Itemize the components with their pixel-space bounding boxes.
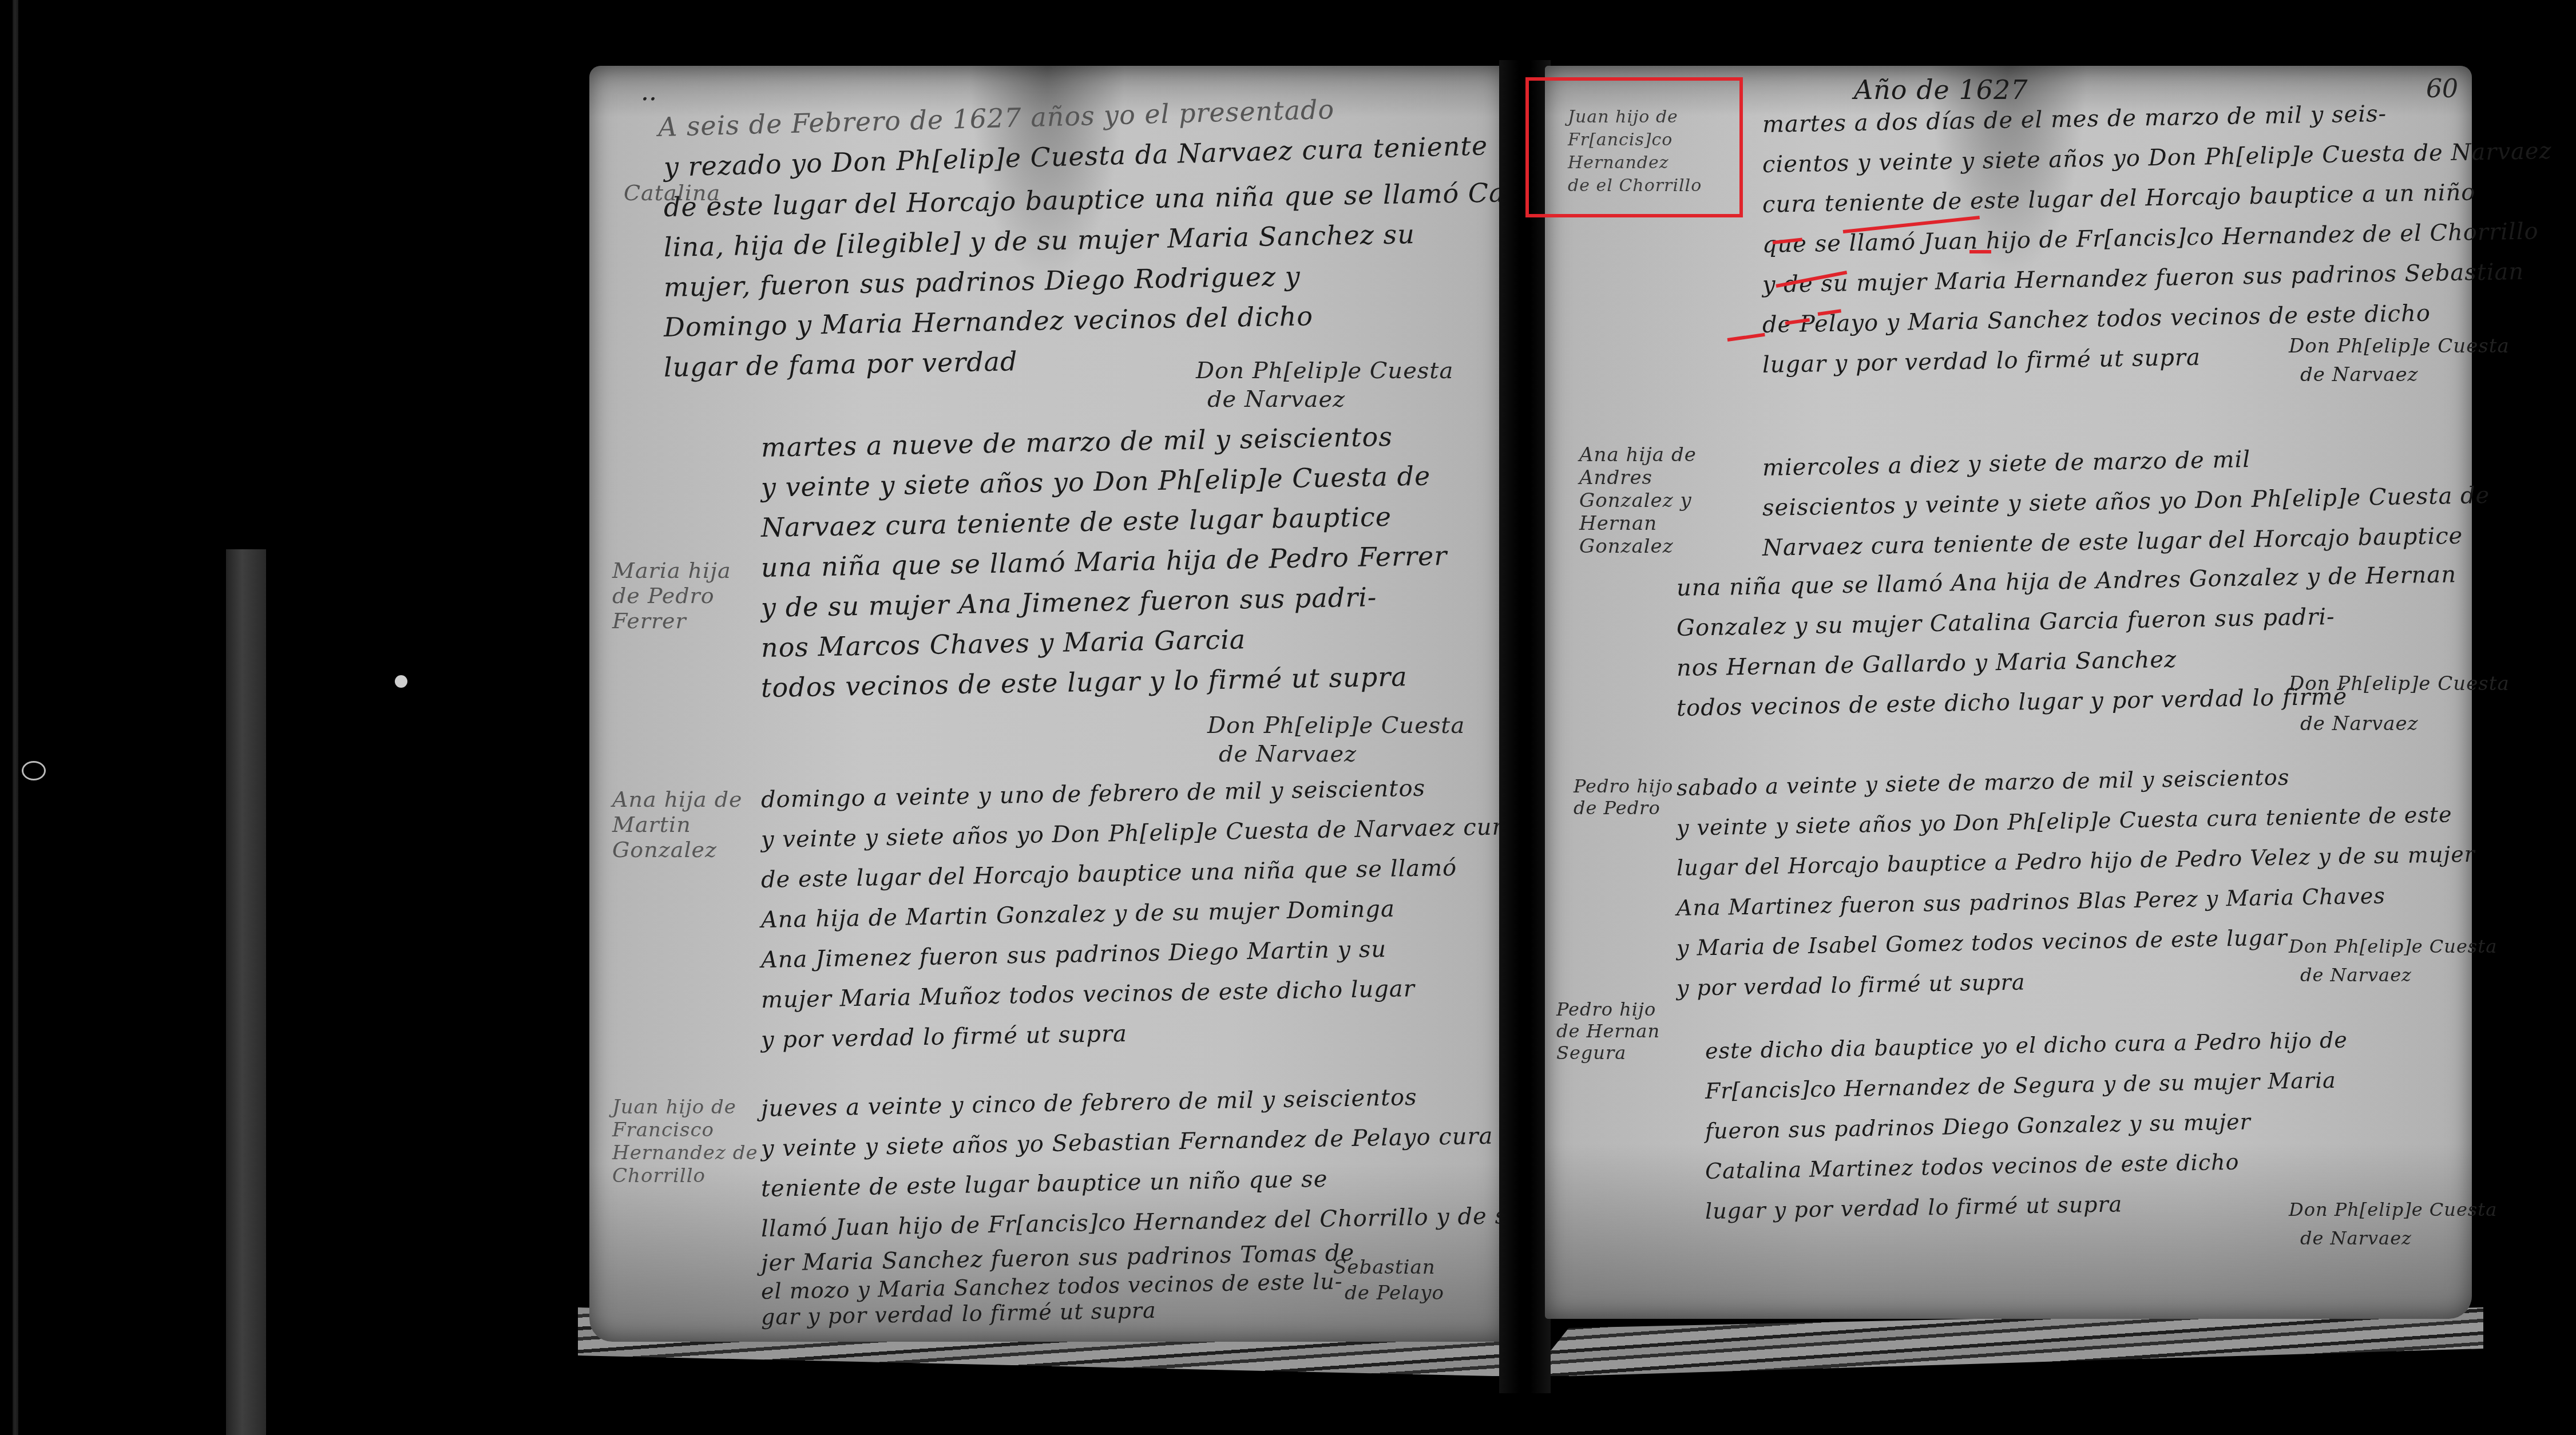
entry-line: Ana hija de Martin Gonzalez y de su muje… bbox=[761, 896, 1396, 933]
signature-line: de Narvaez bbox=[2300, 1227, 2412, 1249]
underline-godparent-1 bbox=[1969, 250, 1991, 253]
left-page: .. Catalina A seis de Febrero de 1627 añ… bbox=[589, 66, 1505, 1342]
entry-line: y veinte y siete años yo Don Ph[elip]e C… bbox=[761, 461, 1431, 503]
entry-line: Fr[ancis]co Hernandez de Segura y de su … bbox=[1705, 1068, 2337, 1104]
entry-line: que se llamó Juan hijo de Fr[ancis]co He… bbox=[1762, 218, 2539, 258]
entry-line: y veinte y siete años yo Sebastian Ferna… bbox=[761, 1123, 1493, 1162]
entry-line: A seis de Febrero de 1627 años yo el pre… bbox=[657, 94, 1334, 142]
entry-line: y Maria de Isabel Gomez todos vecinos de… bbox=[1677, 925, 2288, 961]
signature-line: de Narvaez bbox=[2300, 363, 2418, 386]
entry-line: nos Hernan de Gallardo y Maria Sanchez bbox=[1677, 647, 2177, 681]
entry-line: fueron sus padrinos Diego Gonzalez y su … bbox=[1705, 1109, 2251, 1144]
signature-line: Don Ph[elip]e Cuesta bbox=[1196, 358, 1453, 384]
entry-line: Domingo y Maria Hernandez vecinos del di… bbox=[664, 300, 1314, 343]
entry-line: lugar del Horcajo bauptice a Pedro hijo … bbox=[1677, 842, 2476, 881]
entry-line: mujer, fueron sus padrinos Diego Rodrigu… bbox=[664, 261, 1301, 303]
entry-line: de este lugar del Horcajo bauptice una n… bbox=[664, 176, 1543, 223]
film-edge-line bbox=[13, 0, 18, 1435]
entry-line: lugar de fama por verdad bbox=[664, 346, 1018, 383]
entry-line: lugar y por verdad lo firmé ut supra bbox=[1705, 1191, 2123, 1224]
year-heading: Año de 1627 bbox=[1854, 74, 2028, 105]
entry-line: Gonzalez y su mujer Catalina Garcia fuer… bbox=[1677, 604, 2335, 641]
entry-line: este dicho dia bauptice yo el dicho cura… bbox=[1705, 1027, 2348, 1064]
film-edge-strip bbox=[226, 549, 266, 1435]
entry-line: teniente de este lugar bauptice un niño … bbox=[761, 1166, 1328, 1202]
signature-line: Don Ph[elip]e Cuesta bbox=[1207, 712, 1465, 739]
entry-line: y de su mujer Maria Hernandez fueron sus… bbox=[1762, 259, 2525, 298]
entry-line: llamó Juan hijo de Fr[ancis]co Hernandez… bbox=[761, 1202, 1577, 1242]
signature-line: de Narvaez bbox=[2300, 712, 2418, 735]
entry-line: cura teniente de este lugar del Horcajo … bbox=[1762, 179, 2476, 218]
entry-line: y veinte y siete años yo Don Ph[elip]e C… bbox=[761, 812, 1626, 853]
entry-line: y veinte y siete años yo Don Ph[elip]e C… bbox=[1677, 802, 2452, 841]
page-number: 60 bbox=[2426, 74, 2458, 104]
entry-line: mujer Maria Muñoz todos vecinos de este … bbox=[761, 976, 1416, 1013]
left-page-mark: .. bbox=[641, 77, 657, 106]
entry-line: Catalina Martinez todos vecinos de este … bbox=[1705, 1149, 2240, 1184]
scan-background: .. Catalina A seis de Febrero de 1627 añ… bbox=[0, 0, 2576, 1435]
entry-line: sabado a veinte y siete de marzo de mil … bbox=[1677, 764, 2290, 800]
entry-line: cientos y veinte y siete años yo Don Ph[… bbox=[1762, 138, 2552, 178]
signature-line: de Narvaez bbox=[2300, 964, 2412, 986]
margin-note: Pedro hijo de Pedro bbox=[1574, 775, 1677, 819]
entry-line: seiscientos y veinte y siete años yo Don… bbox=[1762, 482, 2490, 521]
entry-line: y por verdad lo firmé ut supra bbox=[1677, 969, 2026, 1001]
entry-line: de Pelayo y Maria Sanchez todos vecinos … bbox=[1762, 300, 2431, 338]
entry-line: una niña que se llamó Maria hija de Pedr… bbox=[761, 540, 1448, 583]
margin-note: Ana hija de Andres Gonzalez y Hernan Gon… bbox=[1579, 443, 1751, 558]
signature-line: Don Ph[elip]e Cuesta bbox=[2289, 672, 2510, 695]
entry-line: Ana Jimenez fueron sus padrinos Diego Ma… bbox=[761, 936, 1387, 973]
right-page: Año de 1627 60 Juan hijo de Fr[ancis]co … bbox=[1545, 66, 2472, 1319]
entry-line: nos Marcos Chaves y Maria Garcia bbox=[761, 624, 1246, 663]
entry-line: Narvaez cura teniente de este lugar del … bbox=[1762, 523, 2463, 561]
entry-line: y de su mujer Ana Jimenez fueron sus pad… bbox=[761, 581, 1377, 623]
signature-line: Sebastian bbox=[1333, 1256, 1436, 1279]
dust-speck bbox=[22, 761, 46, 780]
margin-note: Juan hijo de Francisco Hernandez de Chor… bbox=[612, 1096, 761, 1187]
entry-line: todos vecinos de este lugar y lo firmé u… bbox=[761, 661, 1408, 703]
entry-line: Narvaez cura teniente de este lugar baup… bbox=[761, 501, 1392, 543]
open-register-book: .. Catalina A seis de Febrero de 1627 añ… bbox=[572, 60, 2495, 1388]
signature-line: Don Ph[elip]e Cuesta bbox=[2289, 335, 2510, 358]
dust-speck bbox=[395, 675, 407, 688]
highlight-box bbox=[1525, 77, 1743, 217]
entry-line: martes a nueve de marzo de mil y seiscie… bbox=[761, 421, 1393, 463]
entry-line: martes a dos días de el mes de marzo de … bbox=[1762, 101, 2387, 138]
signature-line: de Pelayo bbox=[1345, 1282, 1444, 1305]
signature-line: de Narvaez bbox=[1219, 741, 1357, 767]
entry-line: todos vecinos de este dicho lugar y por … bbox=[1677, 684, 2348, 722]
entry-line: jueves a veinte y cinco de febrero de mi… bbox=[761, 1084, 1417, 1122]
entry-line: una niña que se llamó Ana hija de Andres… bbox=[1677, 561, 2457, 601]
signature-line: Don Ph[elip]e Cuesta bbox=[2289, 935, 2497, 957]
entry-line: lugar y por verdad lo firmé ut supra bbox=[1762, 344, 2201, 378]
signature-line: Don Ph[elip]e Cuesta bbox=[2289, 1199, 2497, 1220]
book-gutter bbox=[1499, 60, 1551, 1393]
entry-line: lina, hija de [ilegible] y de su mujer M… bbox=[664, 219, 1416, 263]
signature-line: de Narvaez bbox=[1207, 386, 1345, 413]
margin-note: Pedro hijo de Hernan Segura bbox=[1556, 998, 1682, 1064]
entry-line: miercoles a diez y siete de marzo de mil bbox=[1762, 446, 2251, 481]
margin-note: Maria hija de Pedro Ferrer bbox=[612, 558, 761, 633]
entry-line: y por verdad lo firmé ut supra bbox=[761, 1021, 1128, 1053]
entry-line: Ana Martinez fueron sus padrinos Blas Pe… bbox=[1677, 883, 2385, 921]
margin-note: Ana hija de Martin Gonzalez bbox=[612, 787, 755, 862]
entry-line: de este lugar del Horcajo bauptice una n… bbox=[761, 855, 1457, 893]
entry-line: domingo a veinte y uno de febrero de mil… bbox=[761, 775, 1426, 813]
